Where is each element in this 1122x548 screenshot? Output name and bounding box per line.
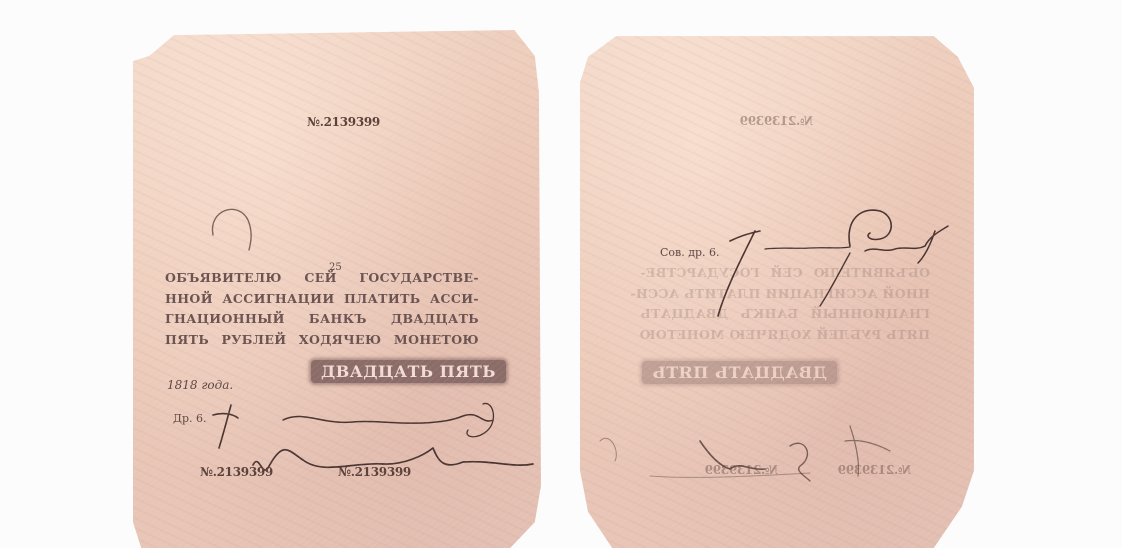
promissory-line-1: Объявителю сей государстве- [165,268,479,289]
serial-number-bottom-left-mirrored: №.2139399 [705,463,778,477]
show-through-amount-stamp: ДВАДЦАТЬ ПЯТЬ [642,361,837,384]
serial-number-top: №.2139399 [307,115,380,129]
serial-number-top-mirrored: №.2139399 [740,114,813,128]
serial-number-bottom-right: №.2139399 [338,465,411,479]
serial-number-bottom-right-mirrored: №.2139399 [838,463,911,477]
signature-flourish-mark [193,200,273,260]
promissory-line-2: нной ассигнации платить асси- [165,289,479,310]
banknote-front: №.2139399 25 Объявителю сей государстве-… [133,30,543,548]
promissory-line-4: пять рублей ходячею монетою [165,330,479,351]
amount-stamp: ДВАДЦАТЬ ПЯТЬ [311,360,506,383]
promissory-text: Объявителю сей государстве- нной ассигна… [165,268,479,350]
promissory-line-3: гнационный банкъ двадцать [165,309,479,330]
signature-ink-back [670,191,970,341]
serial-number-bottom-left: №.2139399 [200,465,273,479]
banknote-back: №.2139399 Сов. др. 6. Объявителю сей гос… [580,31,982,548]
